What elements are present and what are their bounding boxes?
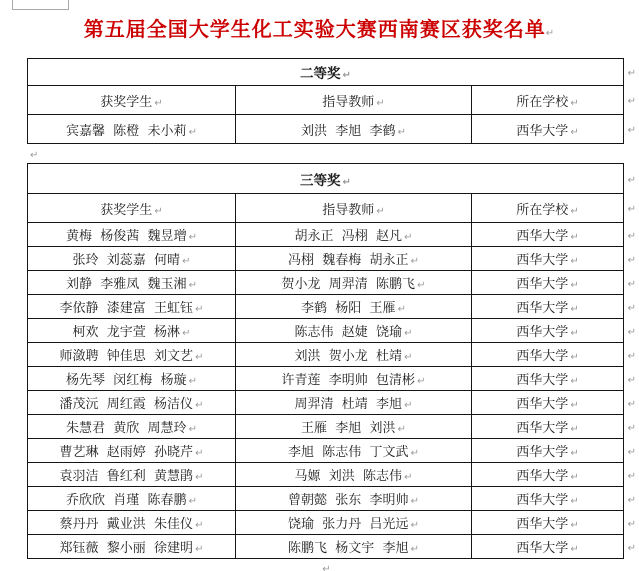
students-cell: 蔡丹丹 戴业洪 朱佳仪 bbox=[28, 511, 235, 534]
school-text: 西华大学 bbox=[516, 225, 578, 244]
advisors-text: 陈鹏飞 杨文宇 李旭 bbox=[288, 537, 419, 556]
row-end-mark-icon bbox=[626, 395, 636, 411]
school-cell: 西华大学 bbox=[471, 115, 623, 143]
advisors-cell: 陈志伟 赵婕 饶瑜 bbox=[235, 319, 471, 342]
advisors-cell: 李旭 陈志伟 丁文武 bbox=[235, 439, 471, 462]
school-text: 西华大学 bbox=[516, 537, 578, 556]
advisors-cell: 周羿清 杜靖 李旭 bbox=[235, 391, 471, 414]
advisors-text: 陈志伟 赵婕 饶瑜 bbox=[295, 321, 413, 340]
school-cell: 西华大学 bbox=[471, 247, 623, 270]
advisors-text: 周羿清 杜靖 李旭 bbox=[295, 393, 413, 412]
table-move-handle bbox=[12, 0, 69, 10]
page-title-text: 第五届全国大学生化工实验大赛西南赛区获奖名单 bbox=[84, 17, 546, 41]
advisors-text: 饶瑜 张力丹 吕光远 bbox=[288, 513, 419, 532]
winner-row: 曹艺琳 赵雨婷 孙晓芹李旭 陈志伟 丁文武西华大学 bbox=[28, 438, 623, 462]
school-text: 西华大学 bbox=[516, 120, 578, 139]
students-text: 乔欣欣 肖瑾 陈春鹏 bbox=[66, 489, 197, 508]
school-cell: 西华大学 bbox=[471, 271, 623, 294]
students-text: 柯欢 龙宇萱 杨淋 bbox=[73, 321, 191, 340]
students-text: 蔡丹丹 戴业洪 朱佳仪 bbox=[60, 513, 204, 532]
column-header-row: 获奖学生指导教师所在学校 bbox=[28, 193, 623, 222]
page-title: 第五届全国大学生化工实验大赛西南赛区获奖名单↵ bbox=[0, 13, 639, 42]
row-end-mark-icon bbox=[626, 515, 636, 531]
advisors-text: 许青莲 李明帅 包清彬 bbox=[282, 369, 426, 388]
school-text: 西华大学 bbox=[516, 369, 578, 388]
row-end-mark-icon bbox=[626, 371, 636, 387]
school-text: 西华大学 bbox=[516, 297, 578, 316]
column-header-cell: 所在学校 bbox=[471, 86, 623, 114]
column-header-label: 指导教师 bbox=[322, 199, 384, 218]
students-cell: 柯欢 龙宇萱 杨淋 bbox=[28, 319, 235, 342]
row-end-mark-icon bbox=[626, 323, 636, 339]
school-cell: 西华大学 bbox=[471, 319, 623, 342]
column-header-label: 所在学校 bbox=[516, 199, 578, 218]
students-text: 朱慧君 黄欣 周慧玲 bbox=[66, 417, 197, 436]
paragraph-mark-icon bbox=[27, 559, 624, 571]
award-title: 三等奖 bbox=[300, 169, 351, 189]
winner-row: 乔欣欣 肖瑾 陈春鹏曾朝懿 张东 李明帅西华大学 bbox=[28, 486, 623, 510]
column-header-cell: 获奖学生 bbox=[28, 194, 235, 222]
winner-row: 张玲 刘蕊嘉 何晴冯栩 魏春梅 胡永正西华大学 bbox=[28, 246, 623, 270]
students-cell: 宾嘉馨 陈橙 未小莉 bbox=[28, 115, 235, 143]
column-header-label: 所在学校 bbox=[516, 91, 578, 110]
award-title-cell: 二等奖 bbox=[28, 59, 623, 85]
winner-row: 杨先琴 闵红梅 杨璇许青莲 李明帅 包清彬西华大学 bbox=[28, 366, 623, 390]
school-text: 西华大学 bbox=[516, 513, 578, 532]
advisors-cell: 曾朝懿 张东 李明帅 bbox=[235, 487, 471, 510]
row-end-mark-icon bbox=[626, 419, 636, 435]
school-cell: 西华大学 bbox=[471, 295, 623, 318]
winner-row: 黄梅 杨俊茜 魏昱璔胡永正 冯栩 赵凡西华大学 bbox=[28, 222, 623, 246]
students-cell: 师潋聘 钟佳思 刘文艺 bbox=[28, 343, 235, 366]
advisors-cell: 胡永正 冯栩 赵凡 bbox=[235, 223, 471, 246]
school-cell: 西华大学 bbox=[471, 487, 623, 510]
school-cell: 西华大学 bbox=[471, 367, 623, 390]
students-cell: 张玲 刘蕊嘉 何晴 bbox=[28, 247, 235, 270]
row-end-mark-icon bbox=[626, 64, 636, 80]
row-end-mark-icon bbox=[626, 467, 636, 483]
advisors-text: 李旭 陈志伟 丁文武 bbox=[288, 441, 419, 460]
advisors-cell: 马嫄 刘洪 陈志伟 bbox=[235, 463, 471, 486]
award-table: 三等奖获奖学生指导教师所在学校黄梅 杨俊茜 魏昱璔胡永正 冯栩 赵凡西华大学张玲… bbox=[27, 163, 624, 559]
students-text: 袁羽洁 鲁红利 黄慧鹃 bbox=[60, 465, 204, 484]
column-header-cell: 指导教师 bbox=[235, 86, 471, 114]
students-text: 黄梅 杨俊茜 魏昱璔 bbox=[66, 225, 197, 244]
advisors-cell: 许青莲 李明帅 包清彬 bbox=[235, 367, 471, 390]
column-header-label: 指导教师 bbox=[322, 91, 384, 110]
advisors-text: 王雁 李旭 刘洪 bbox=[301, 417, 406, 436]
school-cell: 西华大学 bbox=[471, 439, 623, 462]
row-end-mark-icon bbox=[626, 347, 636, 363]
school-text: 西华大学 bbox=[516, 441, 578, 460]
winner-row: 李依静 漆建富 王虹钰李鹤 杨阳 王雁西华大学 bbox=[28, 294, 623, 318]
students-text: 郑钰薇 黎小丽 徐建明 bbox=[60, 537, 204, 556]
winner-row: 潘茂沅 周红霞 杨洁仪周羿清 杜靖 李旭西华大学 bbox=[28, 390, 623, 414]
students-cell: 杨先琴 闵红梅 杨璇 bbox=[28, 367, 235, 390]
advisors-cell: 陈鹏飞 杨文宇 李旭 bbox=[235, 535, 471, 558]
column-header-cell: 指导教师 bbox=[235, 194, 471, 222]
school-cell: 西华大学 bbox=[471, 223, 623, 246]
school-cell: 西华大学 bbox=[471, 511, 623, 534]
school-cell: 西华大学 bbox=[471, 535, 623, 558]
students-text: 李依静 漆建富 王虹钰 bbox=[60, 297, 204, 316]
column-header-label: 获奖学生 bbox=[100, 91, 162, 110]
students-cell: 潘茂沅 周红霞 杨洁仪 bbox=[28, 391, 235, 414]
winner-row: 师潋聘 钟佳思 刘文艺刘洪 贺小龙 杜靖西华大学 bbox=[28, 342, 623, 366]
students-text: 曹艺琳 赵雨婷 孙晓芹 bbox=[60, 441, 204, 460]
winner-row: 宾嘉馨 陈橙 未小莉刘洪 李旭 李鹤西华大学 bbox=[28, 114, 623, 143]
students-cell: 郑钰薇 黎小丽 徐建明 bbox=[28, 535, 235, 558]
winner-row: 柯欢 龙宇萱 杨淋陈志伟 赵婕 饶瑜西华大学 bbox=[28, 318, 623, 342]
advisors-cell: 冯栩 魏春梅 胡永正 bbox=[235, 247, 471, 270]
advisors-cell: 饶瑜 张力丹 吕光远 bbox=[235, 511, 471, 534]
school-text: 西华大学 bbox=[516, 345, 578, 364]
advisors-cell: 刘洪 李旭 李鹤 bbox=[235, 115, 471, 143]
row-end-mark-icon bbox=[626, 121, 636, 137]
school-cell: 西华大学 bbox=[471, 463, 623, 486]
row-end-mark-icon bbox=[626, 92, 636, 108]
column-header-row: 获奖学生指导教师所在学校 bbox=[28, 85, 623, 114]
school-text: 西华大学 bbox=[516, 417, 578, 436]
students-text: 张玲 刘蕊嘉 何晴 bbox=[73, 249, 191, 268]
row-end-mark-icon bbox=[626, 171, 636, 187]
award-title-row: 三等奖 bbox=[28, 164, 623, 193]
advisors-text: 刘洪 李旭 李鹤 bbox=[301, 120, 406, 139]
students-cell: 刘静 李雅凤 魏玉湘 bbox=[28, 271, 235, 294]
students-text: 宾嘉馨 陈橙 未小莉 bbox=[66, 120, 197, 139]
paragraph-mark-icon: ↵ bbox=[546, 28, 555, 39]
winner-row: 朱慧君 黄欣 周慧玲王雁 李旭 刘洪西华大学 bbox=[28, 414, 623, 438]
school-text: 西华大学 bbox=[516, 465, 578, 484]
school-text: 西华大学 bbox=[516, 393, 578, 412]
advisors-cell: 李鹤 杨阳 王雁 bbox=[235, 295, 471, 318]
advisors-cell: 王雁 李旭 刘洪 bbox=[235, 415, 471, 438]
students-text: 刘静 李雅凤 魏玉湘 bbox=[66, 273, 197, 292]
advisors-cell: 刘洪 贺小龙 杜靖 bbox=[235, 343, 471, 366]
advisors-text: 马嫄 刘洪 陈志伟 bbox=[295, 465, 413, 484]
paragraph-mark-icon bbox=[28, 145, 38, 163]
row-end-mark-icon bbox=[626, 539, 636, 555]
advisors-text: 胡永正 冯栩 赵凡 bbox=[295, 225, 413, 244]
award-title-cell: 三等奖 bbox=[28, 164, 623, 193]
school-text: 西华大学 bbox=[516, 249, 578, 268]
row-end-mark-icon bbox=[626, 251, 636, 267]
school-text: 西华大学 bbox=[516, 273, 578, 292]
school-text: 西华大学 bbox=[516, 489, 578, 508]
advisors-text: 李鹤 杨阳 王雁 bbox=[301, 297, 406, 316]
school-cell: 西华大学 bbox=[471, 343, 623, 366]
winner-row: 刘静 李雅凤 魏玉湘贺小龙 周羿清 陈鹏飞西华大学 bbox=[28, 270, 623, 294]
students-cell: 曹艺琳 赵雨婷 孙晓芹 bbox=[28, 439, 235, 462]
column-header-label: 获奖学生 bbox=[100, 199, 162, 218]
students-cell: 黄梅 杨俊茜 魏昱璔 bbox=[28, 223, 235, 246]
school-cell: 西华大学 bbox=[471, 415, 623, 438]
row-end-mark-icon bbox=[626, 227, 636, 243]
row-end-mark-icon bbox=[626, 275, 636, 291]
advisors-text: 贺小龙 周羿清 陈鹏飞 bbox=[282, 273, 426, 292]
advisors-text: 刘洪 贺小龙 杜靖 bbox=[295, 345, 413, 364]
students-cell: 袁羽洁 鲁红利 黄慧鹃 bbox=[28, 463, 235, 486]
school-text: 西华大学 bbox=[516, 321, 578, 340]
row-end-mark-icon bbox=[626, 200, 636, 216]
students-text: 师潋聘 钟佳思 刘文艺 bbox=[60, 345, 204, 364]
winner-row: 郑钰薇 黎小丽 徐建明陈鹏飞 杨文宇 李旭西华大学 bbox=[28, 534, 623, 558]
column-header-cell: 获奖学生 bbox=[28, 86, 235, 114]
advisors-text: 曾朝懿 张东 李明帅 bbox=[288, 489, 419, 508]
row-end-mark-icon bbox=[626, 491, 636, 507]
row-end-mark-icon bbox=[626, 299, 636, 315]
advisors-cell: 贺小龙 周羿清 陈鹏飞 bbox=[235, 271, 471, 294]
advisors-text: 冯栩 魏春梅 胡永正 bbox=[288, 249, 419, 268]
students-cell: 朱慧君 黄欣 周慧玲 bbox=[28, 415, 235, 438]
students-cell: 李依静 漆建富 王虹钰 bbox=[28, 295, 235, 318]
students-text: 杨先琴 闵红梅 杨璇 bbox=[66, 369, 197, 388]
award-title: 二等奖 bbox=[300, 62, 351, 82]
winner-row: 袁羽洁 鲁红利 黄慧鹃马嫄 刘洪 陈志伟西华大学 bbox=[28, 462, 623, 486]
column-header-cell: 所在学校 bbox=[471, 194, 623, 222]
students-text: 潘茂沅 周红霞 杨洁仪 bbox=[60, 393, 204, 412]
row-end-mark-icon bbox=[626, 443, 636, 459]
school-cell: 西华大学 bbox=[471, 391, 623, 414]
winner-row: 蔡丹丹 戴业洪 朱佳仪饶瑜 张力丹 吕光远西华大学 bbox=[28, 510, 623, 534]
students-cell: 乔欣欣 肖瑾 陈春鹏 bbox=[28, 487, 235, 510]
award-title-row: 二等奖 bbox=[28, 59, 623, 85]
award-table: 二等奖获奖学生指导教师所在学校宾嘉馨 陈橙 未小莉刘洪 李旭 李鹤西华大学 bbox=[27, 58, 624, 144]
